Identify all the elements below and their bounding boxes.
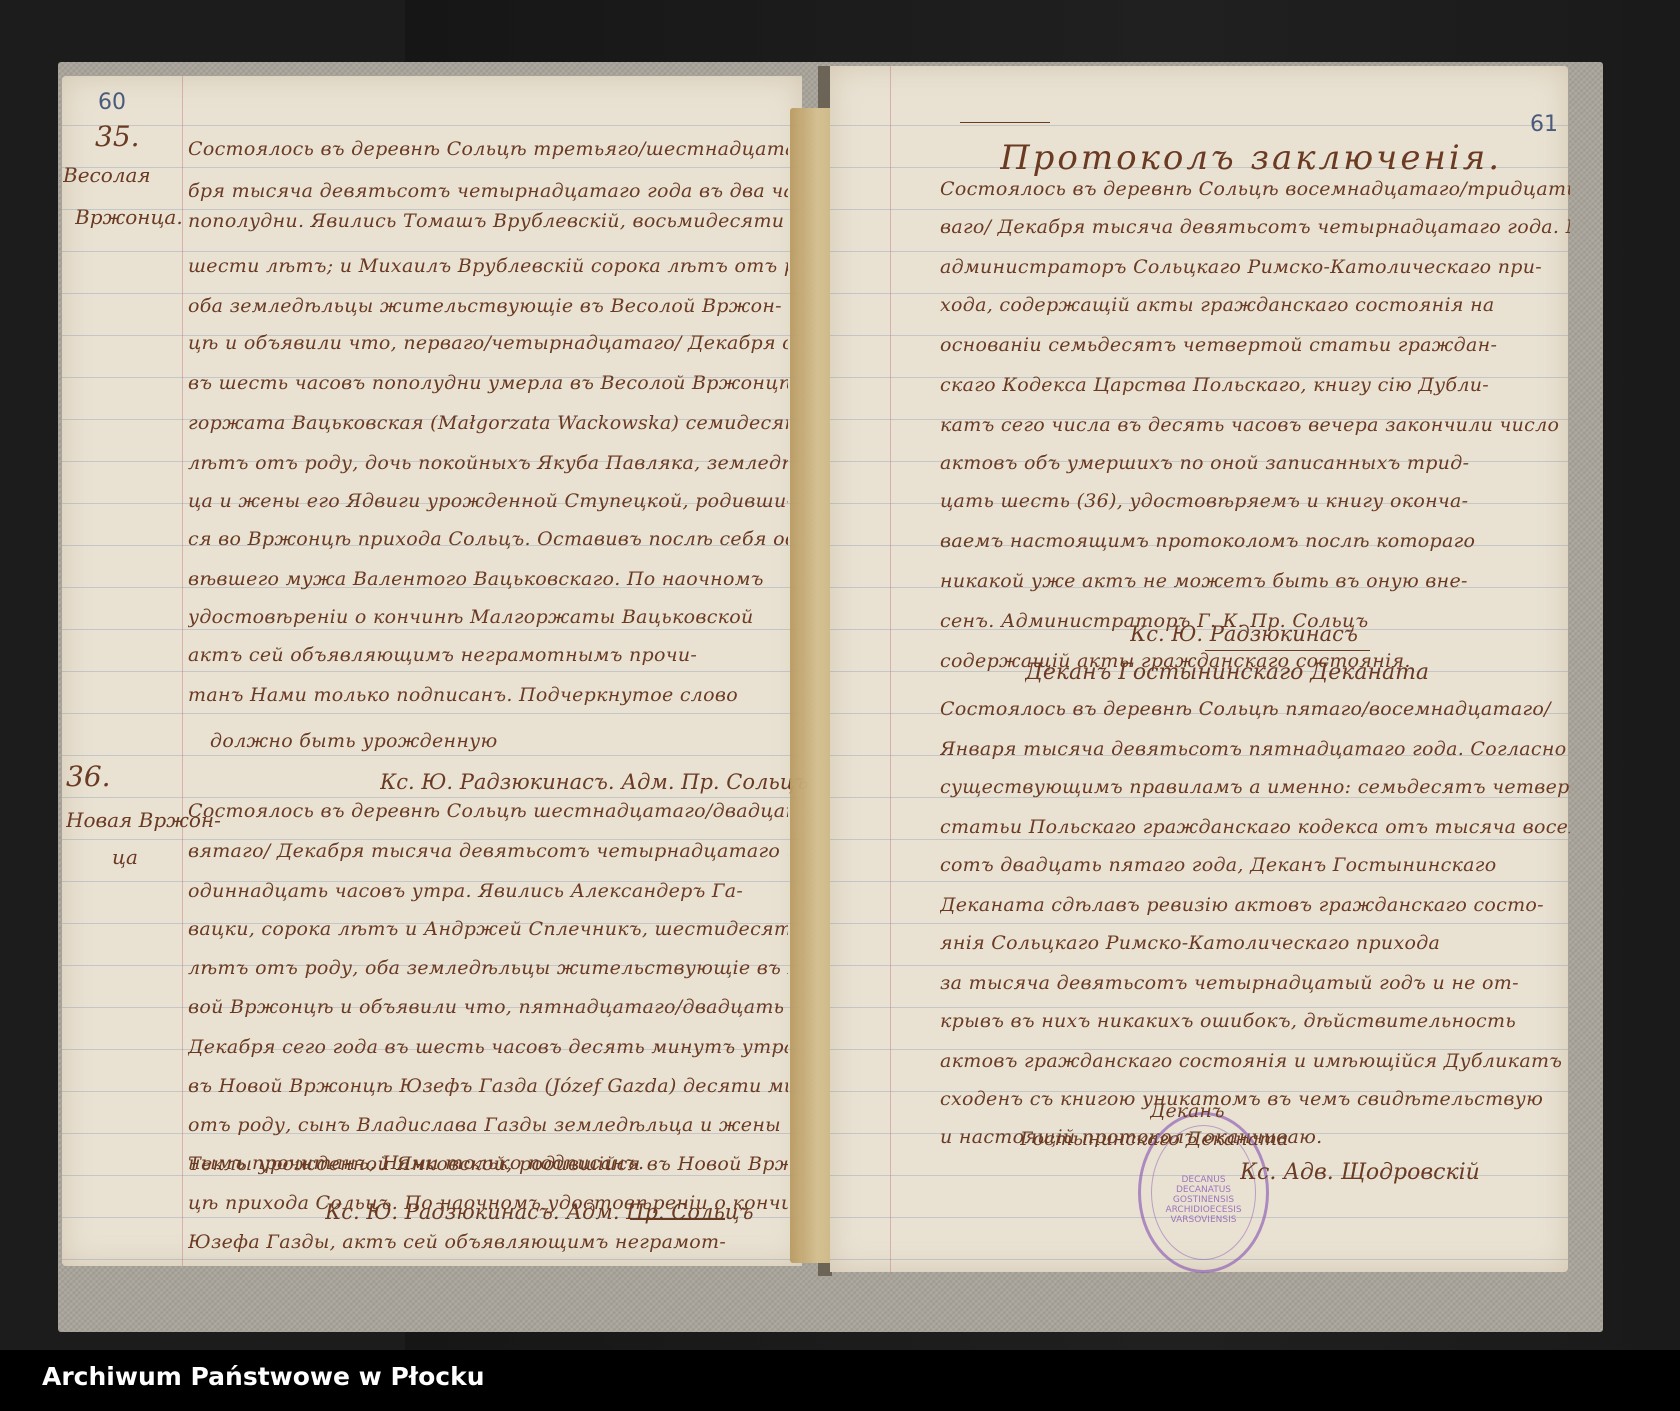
text-line: существующимъ правиламъ а именно: семьде… [940, 776, 1570, 798]
text-line: цѣ и объявили что, перваго/четырнадцатаг… [188, 332, 788, 354]
text-line: ца и жены его Ядвиги урожденной Ступецко… [188, 490, 788, 512]
text-line: лѣтъ отъ роду, дочь покойныхъ Якуба Павл… [188, 452, 788, 474]
text-line: сходенъ съ книгою уникатомъ въ чемъ свид… [940, 1088, 1570, 1110]
text-line: вѣвшего мужа Валентого Вацьковскаго. По … [188, 568, 788, 590]
text-line: сотъ двадцать пятаго года, Деканъ Гостын… [940, 854, 1570, 876]
text-line: катъ сего числа въ десять часовъ вечера … [940, 414, 1570, 436]
text-line: оба земледѣльцы жительствующіе въ Весоло… [188, 295, 788, 317]
signature-entry-36: Кс. Ю. Радзюкинасъ. Адм. Пр. Сольцъ [325, 1200, 753, 1224]
text-line: статьи Польскаго гражданскаго кодекса от… [940, 816, 1570, 838]
text-line: отъ роду, сынъ Владислава Газды земледѣл… [188, 1114, 788, 1136]
text-line: нымъ прочитанъ, Нами только подписанъ. [188, 1152, 788, 1174]
margin-note: Вржонца. [75, 205, 183, 229]
text-line: администраторъ Сольцкаго Римско-Католиче… [940, 256, 1570, 278]
text-line: Января тысяча девятьсотъ пятнадцатаго го… [940, 738, 1570, 760]
text-line: лѣтъ отъ роду, оба земледѣльцы жительств… [188, 957, 788, 979]
margin-rule [890, 66, 891, 1272]
text-line: должно быть урожденную [210, 730, 770, 752]
text-line: Деканата сдѣлавъ ревизію актовъ гражданс… [940, 894, 1570, 916]
text-line: крывъ въ нихъ никакихъ ошибокъ, дѣйствит… [940, 1010, 1570, 1032]
text-line: ся во Вржонцѣ прихода Сольцъ. Оставивъ п… [188, 528, 788, 550]
entry-number: 35. [95, 120, 140, 153]
dean-signature-title: Деканъ [1150, 1100, 1225, 1122]
text-line: Декабря сего года въ шесть часовъ десять… [188, 1036, 788, 1058]
signature-flourish [1205, 650, 1370, 651]
text-line: Состоялось въ деревнѣ Сольцѣ восемнадцат… [940, 178, 1570, 200]
text-line: удостовѣреніи о кончинѣ Малгоржаты Вацьк… [188, 606, 788, 628]
text-line: ваемъ настоящимъ протоколомъ послѣ котор… [940, 530, 1570, 552]
protocol-title: Протоколъ заключенія. [1000, 138, 1502, 178]
page-number-right: 61 [1530, 112, 1558, 137]
text-line: одиннадцать часовъ утра. Явились Алексан… [188, 880, 788, 902]
text-line: цать шесть (36), удостовѣряемъ и книгу о… [940, 490, 1570, 512]
page-number-left: 60 [98, 90, 126, 115]
archive-footer-bar: Archiwum Państwowe w Płocku [0, 1350, 1680, 1411]
margin-note: Весолая [63, 163, 151, 187]
margin-rule [182, 76, 183, 1266]
text-line: за тысяча девятьсотъ четырнадцатый годъ … [940, 972, 1570, 994]
text-line: танъ Нами только подписанъ. Подчеркнутое… [188, 684, 788, 706]
text-line: Состоялось въ деревнѣ Сольцѣ шестнадцата… [188, 800, 788, 822]
text-line: Состоялось въ деревнѣ Сольцѣ третьяго/ше… [188, 138, 788, 160]
text-line: пополудни. Явились Томашъ Врублевскій, в… [188, 210, 788, 232]
dean-heading: Деканъ Гостынинскаго Деканата [1025, 660, 1429, 685]
text-line: основаніи семьдесятъ четвертой статьи гр… [940, 334, 1570, 356]
archive-name: Archiwum Państwowe w Płocku [42, 1362, 485, 1391]
entry-number: 36. [66, 760, 111, 793]
text-line: актовъ гражданскаго состоянія и имѣющійс… [940, 1050, 1570, 1072]
signature-entry-35: Кс. Ю. Радзюкинасъ. Адм. Пр. Сольцъ [380, 770, 808, 794]
text-line: вацки, сорока лѣтъ и Андржей Сплечникъ, … [188, 918, 788, 940]
text-line: вятаго/ Декабря тысяча девятьсотъ четырн… [188, 840, 788, 862]
text-line: янія Сольцкаго Римско-Католическаго прих… [940, 932, 1570, 954]
text-line: ваго/ Декабря тысяча девятьсотъ четырнад… [940, 216, 1570, 238]
closing-signature: Кс. Ю. Радзюкинасъ [1130, 622, 1358, 646]
text-line: хода, содержащій акты гражданскаго состо… [940, 294, 1570, 316]
text-line: Состоялось въ деревнѣ Сольцѣ пятаго/восе… [940, 698, 1570, 720]
text-line: актовъ объ умершихъ по оной записанныхъ … [940, 452, 1570, 474]
text-line: бря тысяча девятьсотъ четырнадцатаго год… [188, 180, 788, 202]
text-line: Юзефа Газды, актъ сей объявляющимъ негра… [188, 1231, 788, 1253]
text-line: горжата Вацьковская (Małgorzata Wackowsk… [188, 412, 788, 434]
text-line: вой Вржонцѣ и объявили что, пятнадцатаго… [188, 996, 788, 1018]
text-line: скаго Кодекса Царства Польскаго, книгу с… [940, 374, 1570, 396]
dean-signature-name: Кс. Адв. Щодровскій [1240, 1160, 1480, 1185]
text-line: въ шесть часовъ пополудни умерла въ Весо… [188, 372, 788, 394]
text-line: актъ сей объявляющимъ неграмотнымъ прочи… [188, 644, 788, 666]
dean-signature-deanery: Гостынинскаго Деканата [1020, 1128, 1288, 1150]
margin-note: ца [112, 845, 138, 869]
text-line: шести лѣтъ; и Михаилъ Врублевскій сорока… [188, 255, 788, 277]
title-flourish [960, 122, 1050, 123]
text-line: въ Новой Вржонцѣ Юзефъ Газда (Józef Gazd… [188, 1075, 788, 1097]
text-line: никакой уже актъ не можетъ быть въ оную … [940, 570, 1570, 592]
signature-flourish [630, 1218, 725, 1220]
